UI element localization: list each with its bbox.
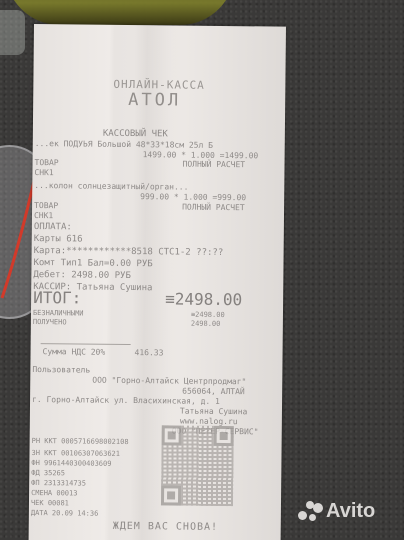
qr-finder-icon [162, 425, 182, 445]
payment-label: ОПЛАТА: [34, 222, 72, 233]
receipt-footer: ЖДЕМ ВАС СНОВА! [113, 521, 218, 533]
item-1-calc: ПОЛНЫЙ РАСЧЕТ [182, 159, 245, 171]
receipt-header-logo: АТОЛ [128, 95, 181, 107]
total-sub2-value: 2498.00 [191, 319, 221, 330]
receipt-header-line1: ОНЛАЙН-КАССА [113, 79, 205, 91]
qr-finder-icon [161, 485, 181, 505]
avito-label: Avito [326, 500, 375, 523]
receipt: ОНЛАЙН-КАССА АТОЛ КАССОВЫЙ ЧЕК ...ек ПОД… [29, 24, 286, 540]
avito-dots-icon [298, 501, 322, 523]
payment-debit: Дебет: 2498.00 РУБ [33, 270, 131, 282]
plastic-bag-corner [0, 10, 25, 55]
avito-watermark: Avito [298, 500, 375, 523]
payment-balance: Комт Тип1 Бал=0.00 РУБ [33, 258, 152, 270]
qr-finder-icon [214, 426, 234, 446]
total-label: ИТОГ: [33, 292, 81, 304]
item-1-extra: СНК1 [34, 167, 53, 178]
green-bowl [5, 0, 235, 25]
payment-card: Карта:************8518 СТС1-2 ??:?? [34, 246, 224, 259]
qr-code [161, 425, 234, 506]
vat-label: Сумма НДС 20% [43, 346, 106, 358]
date: ДАТА 20.09 14:36 [31, 508, 99, 520]
item-2-extra: СНК1 [34, 210, 53, 221]
org-user-label: Пользователь [32, 364, 90, 376]
total-value: ≡2498.00 [165, 293, 242, 305]
payment-terminal: Карты 616 [34, 234, 83, 246]
total-sub2-label: ПОЛУЧЕНО [33, 317, 67, 328]
rn-kkt: РН ККТ 0005716698002108 [32, 436, 129, 448]
item-2-calc: ПОЛНЫЙ РАСЧЕТ [182, 202, 245, 214]
vat-value: 416.33 [135, 347, 164, 358]
